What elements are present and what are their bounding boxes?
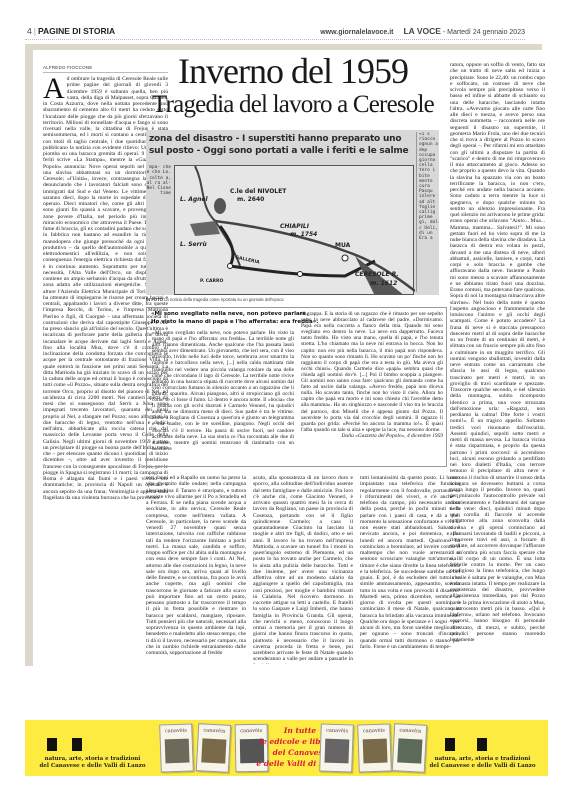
quote-box-column-1: «Mi sono svegliato nella neve, non potev… [152, 330, 294, 465]
magazine-cover: canavèis [159, 723, 194, 772]
frame-left [25, 44, 33, 666]
page-number: 4|PAGINE DI STORIA [27, 26, 115, 36]
article-column-5: ratura, oppure un soffio di vento, fatto… [450, 62, 545, 664]
quote-source: Dalla «Gazzetta del Popolo», 4 dicembre … [301, 433, 443, 439]
ad-tagline-right: natura, arte, storia e tradizioni del Ca… [425, 756, 540, 770]
article-subtitle: Tragedia del lavoro a Ceresole [143, 90, 443, 120]
logo-block-icon [445, 738, 455, 751]
clipping-left-text: mpa- che e che Lo. colte a, al ra al- Ne… [146, 165, 171, 295]
masthead-info: www.giornalelavoce.it LA VOCE - Martedì … [320, 26, 525, 36]
magazine-cover: canavèis [196, 723, 231, 773]
website-link[interactable]: www.giornalelavoce.it [320, 29, 393, 36]
clipping-right-text: «I s riacco ognun a dep occupa giorno ce… [416, 132, 439, 292]
magazine-cover: canavèis [319, 723, 354, 772]
quote-box: «Mi sono svegliato nella neve, non potev… [146, 307, 447, 467]
quote-box-column-2: di grappa. È la storia di un ragazzo che… [301, 311, 443, 465]
section-title: PAGINE DI STORIA [38, 26, 115, 36]
photo-caption: IN FOTO La notizia della tragedia come r… [146, 297, 439, 302]
logo-block-icon [72, 738, 82, 751]
valley-map: C.le del NIVOLET m. 2640 L. Agnel CHIAPI… [174, 165, 414, 295]
drop-cap: A [43, 77, 65, 101]
article-title: Inverno del 1959 [143, 52, 443, 90]
article-column-2: seri danni ed a Rapallo un uomo ha perso… [146, 475, 246, 664]
clipping-headline: zona del disastro - I superstiti hanno p… [149, 133, 411, 157]
page-header: 4|PAGINE DI STORIA www.giornalelavoce.it… [25, 26, 525, 40]
magazine-cover: canavèis [392, 723, 427, 773]
magazine-cover: canavèis [357, 723, 392, 772]
logo-block-icon [47, 738, 57, 751]
logo-block-icon [477, 738, 487, 751]
ad-tagline-left: natura, arte, storia e tradizioni del Ca… [35, 756, 150, 770]
article-column-3: acuto, alla spossatezza di un lavoro dur… [253, 475, 353, 664]
article: ALFREDO FIOCCONE A d ombrare la tragedia… [33, 50, 545, 666]
newspaper-name: LA VOCE [403, 26, 440, 36]
issue-date: - Martedì 24 gennaio 2023 [443, 29, 525, 36]
canaveis-advertisement[interactable]: natura, arte, storia e tradizioni del Ca… [25, 720, 548, 776]
newspaper-clipping-photo: zona del disastro - I superstiti hanno p… [146, 130, 439, 295]
article-column-4: tutti lontanissimi da questo posto. Li h… [360, 475, 460, 664]
